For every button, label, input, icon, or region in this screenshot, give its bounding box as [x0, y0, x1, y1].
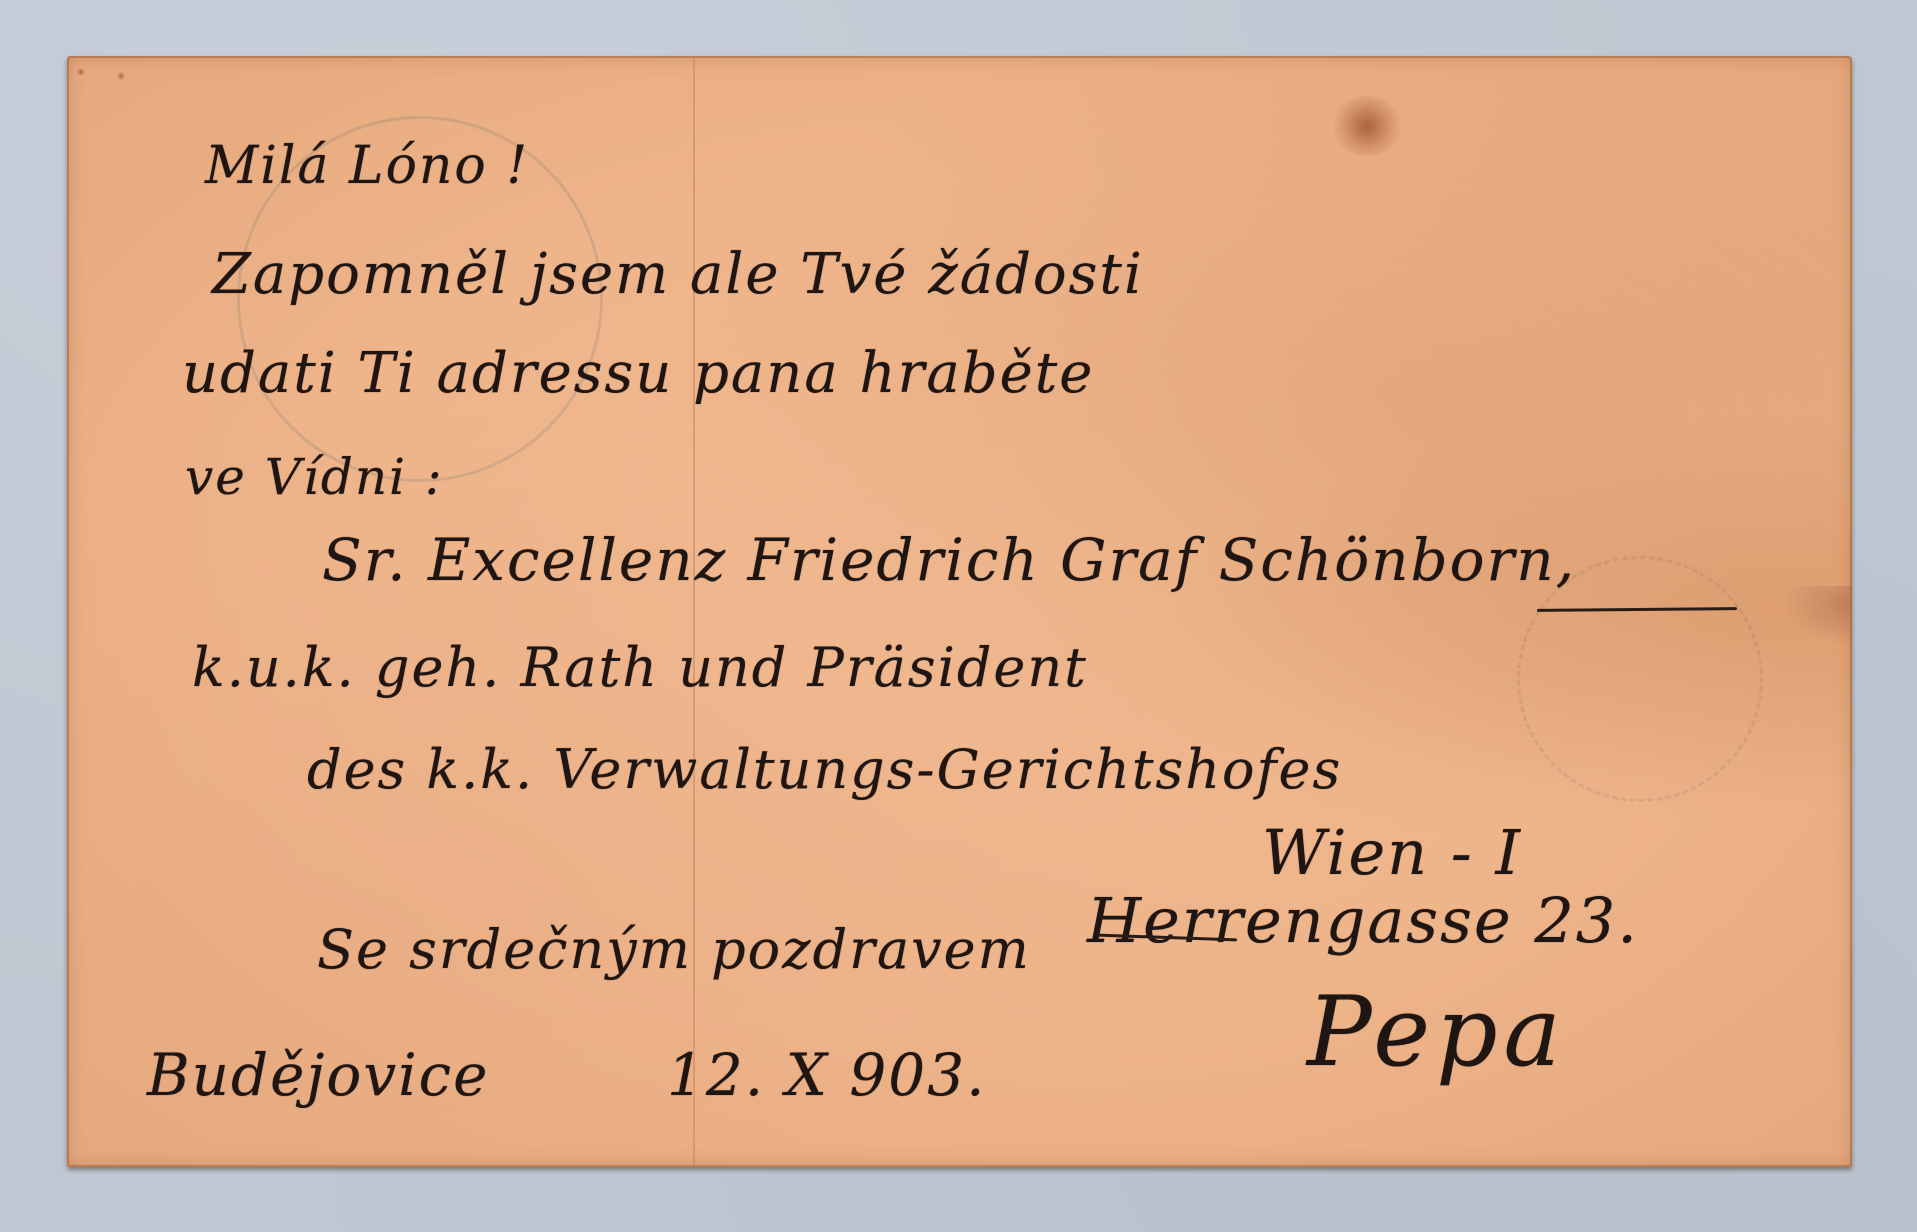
address-line-2: k.u.k. geh. Rath und Präsident [192, 636, 1088, 699]
address-line-1: Sr. Excellenz Friedrich Graf Schönborn, [322, 526, 1576, 594]
edge-crease [1782, 586, 1852, 646]
closing: Se srdečným pozdravem [317, 918, 1031, 981]
greeting: Milá Lóno ! [205, 136, 529, 196]
place: Budějovice [147, 1041, 489, 1109]
fold-line [693, 56, 695, 1167]
body-line-2: udati Ti adressu pana hraběte [182, 341, 1094, 406]
address-line-3: des k.k. Verwaltungs-Gerichtshofes [307, 738, 1342, 801]
body-line-3: ve Vídni : [185, 448, 444, 506]
signature: Pepa [1307, 976, 1567, 1088]
speck [77, 68, 85, 76]
postcard: Milá Lóno ! Zapomněl jsem ale Tvé žádost… [67, 56, 1852, 1167]
body-line-1: Zapomněl jsem ale Tvé žádosti [212, 242, 1144, 307]
address-street: Herrengasse 23. [1087, 884, 1639, 957]
speck [117, 72, 125, 80]
address-city: Wien - I [1262, 816, 1522, 889]
date: 12. X 903. [667, 1041, 987, 1109]
ink-stain [1332, 96, 1402, 156]
